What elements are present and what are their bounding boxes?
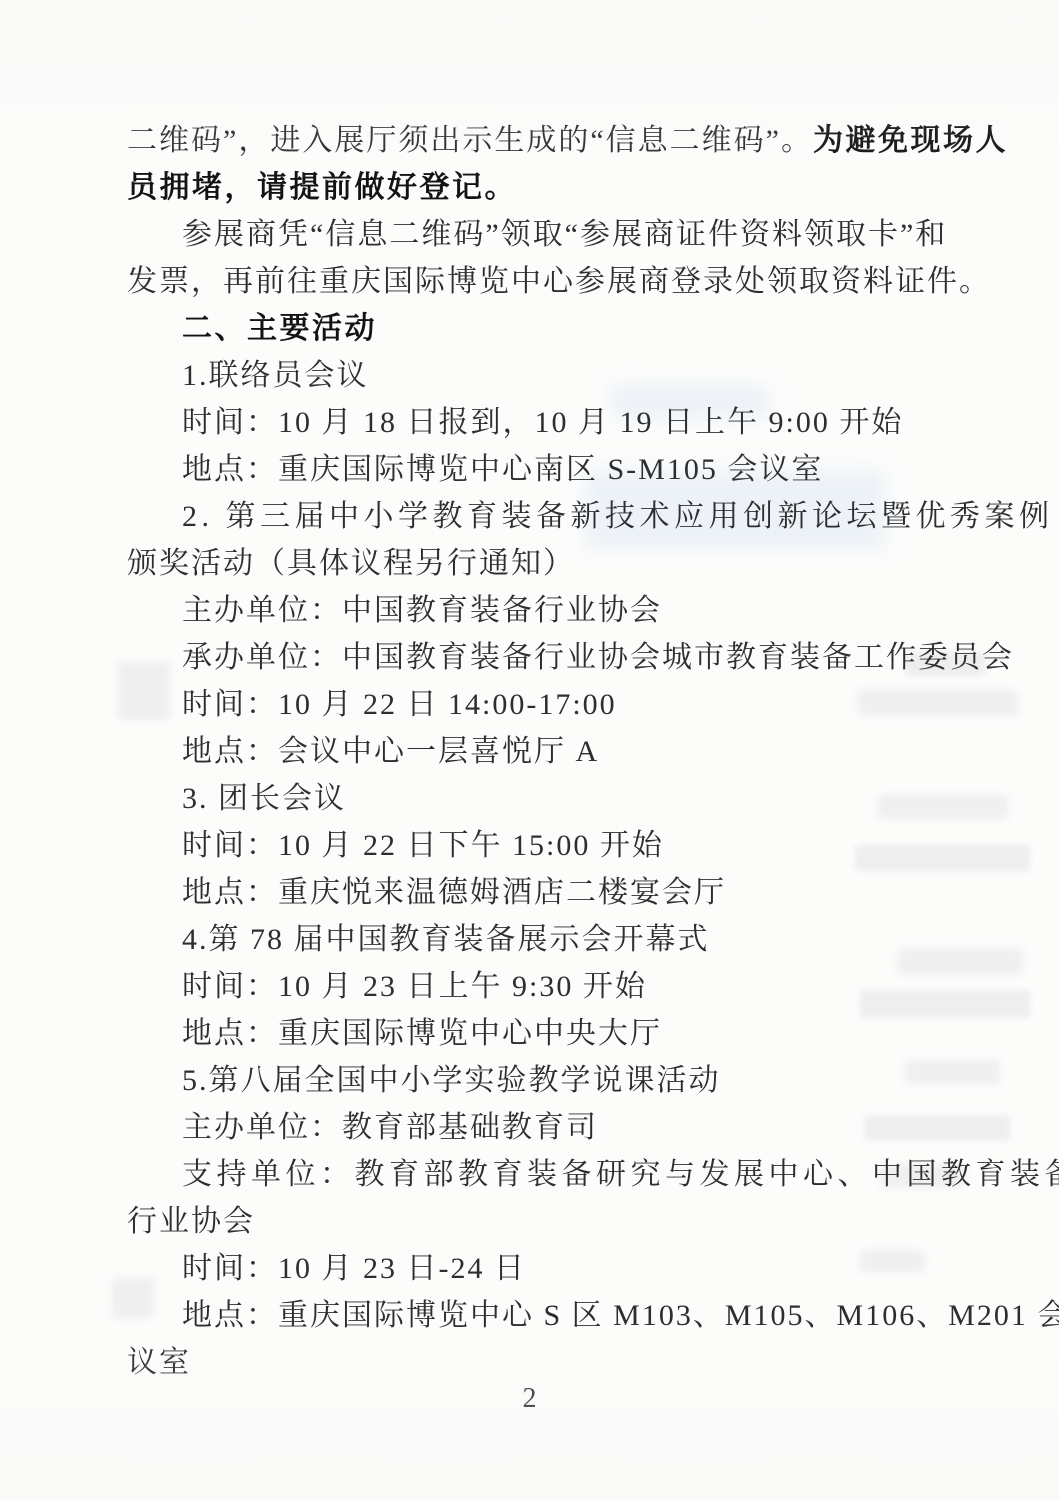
line-text: 地点：重庆国际博览中心 S 区 M103、M105、M106、M201 会	[182, 1299, 1059, 1332]
text-line: 时间：10 月 18 日报到，10 月 19 日上午 9:00 开始	[127, 399, 947, 446]
text-line: 支持单位：教育部教育装备研究与发展中心、中国教育装备	[127, 1151, 947, 1198]
text-line: 2. 第三届中小学教育装备新技术应用创新论坛暨优秀案例	[127, 493, 947, 540]
line-text-bold: 员拥堵，请提前做好登记。	[127, 171, 517, 204]
text-line: 主办单位：中国教育装备行业协会	[127, 587, 947, 634]
line-text: 时间：10 月 18 日报到，10 月 19 日上午 9:00 开始	[182, 406, 903, 439]
text-line: 承办单位：中国教育装备行业协会城市教育装备工作委员会	[127, 634, 947, 681]
text-line: 4.第 78 届中国教育装备展示会开幕式	[127, 916, 947, 963]
text-line: 议室	[127, 1339, 947, 1386]
line-text: 颁奖活动（具体议程另行通知）	[127, 547, 575, 580]
page-number: 2	[0, 1383, 1059, 1415]
section-heading: 二、主要活动	[127, 305, 947, 352]
text-line: 地点：重庆国际博览中心中央大厅	[127, 1010, 947, 1057]
text-line: 颁奖活动（具体议程另行通知）	[127, 540, 947, 587]
line-text: 行业协会	[127, 1205, 255, 1238]
line-text: 时间：10 月 23 日-24 日	[182, 1252, 526, 1285]
line-text: 5.第八届全国中小学实验教学说课活动	[182, 1064, 721, 1097]
line-text: 3. 团长会议	[182, 782, 346, 815]
line-text: 发票，再前往重庆国际博览中心参展商登录处领取资料证件。	[127, 265, 991, 298]
text-line: 时间：10 月 23 日-24 日	[127, 1245, 947, 1292]
line-text: 4.第 78 届中国教育装备展示会开幕式	[182, 923, 710, 956]
line-text: 地点：重庆国际博览中心中央大厅	[182, 1017, 662, 1050]
text-line: 时间：10 月 22 日 14:00-17:00	[127, 681, 947, 728]
line-text: 地点：重庆国际博览中心南区 S-M105 会议室	[182, 453, 823, 486]
text-line: 地点：重庆悦来温德姆酒店二楼宴会厅	[127, 869, 947, 916]
line-text: 1.联络员会议	[182, 359, 369, 392]
line-text: 议室	[127, 1346, 191, 1379]
line-text: 地点：会议中心一层喜悦厅 A	[182, 735, 599, 768]
text-line: 地点：重庆国际博览中心 S 区 M103、M105、M106、M201 会	[127, 1292, 947, 1339]
line-text: 支持单位：教育部教育装备研究与发展中心、中国教育装备	[182, 1158, 1059, 1191]
line-text: 2. 第三届中小学教育装备新技术应用创新论坛暨优秀案例	[182, 500, 1054, 533]
text-line: 3. 团长会议	[127, 775, 947, 822]
text-line: 地点：会议中心一层喜悦厅 A	[127, 728, 947, 775]
line-text: 参展商凭“信息二维码”领取“参展商证件资料领取卡”和	[182, 218, 947, 251]
heading-text: 二、主要活动	[182, 312, 377, 345]
line-text: 主办单位：中国教育装备行业协会	[182, 594, 662, 627]
text-line: 5.第八届全国中小学实验教学说课活动	[127, 1057, 947, 1104]
text-line: 时间：10 月 23 日上午 9:30 开始	[127, 963, 947, 1010]
line-text: 地点：重庆悦来温德姆酒店二楼宴会厅	[182, 876, 726, 909]
text-line: 二维码”，进入展厅须出示生成的“信息二维码”。为避免现场人	[127, 117, 947, 164]
text-line: 发票，再前往重庆国际博览中心参展商登录处领取资料证件。	[127, 258, 947, 305]
text-line: 时间：10 月 22 日下午 15:00 开始	[127, 822, 947, 869]
line-text: 时间：10 月 23 日上午 9:30 开始	[182, 970, 647, 1003]
document-body: 二维码”，进入展厅须出示生成的“信息二维码”。为避免现场人 员拥堵，请提前做好登…	[127, 117, 947, 1386]
text-line: 地点：重庆国际博览中心南区 S-M105 会议室	[127, 446, 947, 493]
line-text: 承办单位：中国教育装备行业协会城市教育装备工作委员会	[182, 641, 1014, 674]
line-text: 时间：10 月 22 日下午 15:00 开始	[182, 829, 664, 862]
text-line: 行业协会	[127, 1198, 947, 1245]
line-text: 二维码”，进入展厅须出示生成的“信息二维码”。	[127, 124, 813, 157]
text-line: 主办单位：教育部基础教育司	[127, 1104, 947, 1151]
line-text: 主办单位：教育部基础教育司	[182, 1111, 598, 1144]
text-line: 参展商凭“信息二维码”领取“参展商证件资料领取卡”和	[127, 211, 947, 258]
line-text-bold: 为避免现场人	[813, 124, 1008, 157]
text-line: 1.联络员会议	[127, 352, 947, 399]
text-line: 员拥堵，请提前做好登记。	[127, 164, 947, 211]
line-text: 时间：10 月 22 日 14:00-17:00	[182, 688, 617, 721]
scanned-document-page: 二维码”，进入展厅须出示生成的“信息二维码”。为避免现场人 员拥堵，请提前做好登…	[0, 0, 1059, 1500]
